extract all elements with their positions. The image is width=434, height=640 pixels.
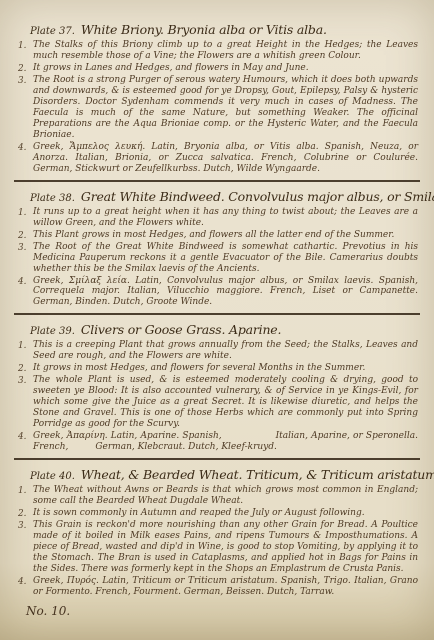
list-item: 1. The Stalks of this Briony climb up to… xyxy=(18,40,418,62)
list-item: 4. Greek, Ἀπαρίνη. Latin, Aparine. Spani… xyxy=(18,431,418,453)
list-item: 3. The whole Plant is used, & is esteeme… xyxy=(18,375,418,430)
item-text: This Grain is reckon'd more nourishing t… xyxy=(33,520,418,575)
list-item: 2. It is sown commonly in Autumn and rea… xyxy=(18,508,418,519)
list-item: 1. This is a creeping Plant that grows a… xyxy=(18,340,418,362)
list-item: 2. This Plant grows in most Hedges, and … xyxy=(18,230,418,241)
item-text: Greek, Ἄμπελος λευκή. Latin, Bryonia alb… xyxy=(33,142,418,175)
plate-number: Plate 38. xyxy=(30,193,75,204)
item-list: 1. It runs up to a great height when it … xyxy=(18,207,418,309)
item-number: 3. xyxy=(18,75,33,141)
item-list: 1. This is a creeping Plant that grows a… xyxy=(18,340,418,453)
list-item: 4. Greek, Πυρός. Latin, Triticum or Trit… xyxy=(18,576,418,598)
item-text: Greek, Ἀπαρίνη. Latin, Aparine. Spanish,… xyxy=(33,431,418,453)
section-title: Clivers or Goose Grass. Aparine. xyxy=(81,322,281,337)
list-item: 3. The Root of the Great White Bindweed … xyxy=(18,242,418,275)
item-number: 2. xyxy=(18,508,33,519)
item-number: 1. xyxy=(18,485,33,507)
item-number: 2. xyxy=(18,363,33,374)
list-item: 1. The Wheat without Awns or Beards is t… xyxy=(18,485,418,507)
list-item: 3. This Grain is reckon'd more nourishin… xyxy=(18,520,418,575)
item-text: This is a creeping Plant that grows annu… xyxy=(33,340,418,362)
section-divider xyxy=(14,180,420,182)
item-text: The whole Plant is used, & is esteemed m… xyxy=(33,375,418,430)
herbal-index-page: Plate 37. White Briony. Bryonia alba or … xyxy=(0,0,434,640)
item-number: 3. xyxy=(18,375,33,430)
item-text: It grows in most Hedges, and flowers for… xyxy=(33,363,418,374)
item-number: 3. xyxy=(18,520,33,575)
list-item: 4. Greek, Ἄμπελος λευκή. Latin, Bryonia … xyxy=(18,142,418,175)
item-text: This Plant grows in most Hedges, and flo… xyxy=(33,230,418,241)
item-number: 4. xyxy=(18,276,33,309)
section-divider xyxy=(14,313,420,315)
item-number: 4. xyxy=(18,142,33,175)
item-number: 3. xyxy=(18,242,33,275)
section-plate-40: Plate 40. Wheat, & Bearded Wheat. Tritic… xyxy=(18,467,418,598)
list-item: 1. It runs up to a great height when it … xyxy=(18,207,418,229)
section-title: Great White Bindweed. Convolvulus major … xyxy=(81,189,434,204)
item-number: 2. xyxy=(18,63,33,74)
section-divider xyxy=(14,458,420,460)
list-item: 2. It grows in Lanes and Hedges, and flo… xyxy=(18,63,418,74)
item-number: 4. xyxy=(18,431,33,453)
plate-number: Plate 39. xyxy=(30,326,75,337)
item-text: It grows in Lanes and Hedges, and flower… xyxy=(33,63,418,74)
item-number: 2. xyxy=(18,230,33,241)
item-text: The Wheat without Awns or Beards is that… xyxy=(33,485,418,507)
item-number: 1. xyxy=(18,340,33,362)
item-text: Greek, Σμίλαξ λεία. Latin, Convolvulus m… xyxy=(33,276,418,309)
section-plate-39: Plate 39. Clivers or Goose Grass. Aparin… xyxy=(18,322,418,453)
section-header: Plate 38. Great White Bindweed. Convolvu… xyxy=(30,189,418,204)
item-text: It runs up to a great height when it has… xyxy=(33,207,418,229)
section-header: Plate 37. White Briony. Bryonia alba or … xyxy=(30,22,418,37)
section-header: Plate 39. Clivers or Goose Grass. Aparin… xyxy=(30,322,418,337)
list-item: 4. Greek, Σμίλαξ λεία. Latin, Convolvulu… xyxy=(18,276,418,309)
section-plate-38: Plate 38. Great White Bindweed. Convolvu… xyxy=(18,189,418,309)
item-text: The Root of the Great White Bindweed is … xyxy=(33,242,418,275)
section-title: White Briony. Bryonia alba or Vitis alba… xyxy=(81,22,327,37)
page-number: No. 10. xyxy=(26,604,418,618)
section-title: Wheat, & Bearded Wheat. Triticum, & Trit… xyxy=(81,467,434,482)
item-text: Greek, Πυρός. Latin, Triticum or Triticu… xyxy=(33,576,418,598)
plate-number: Plate 37. xyxy=(30,26,75,37)
item-text: It is sown commonly in Autumn and reaped… xyxy=(33,508,418,519)
item-text: The Root is a strong Purger of serous wa… xyxy=(33,75,418,141)
item-number: 4. xyxy=(18,576,33,598)
section-plate-37: Plate 37. White Briony. Bryonia alba or … xyxy=(18,22,418,175)
item-list: 1. The Stalks of this Briony climb up to… xyxy=(18,40,418,175)
list-item: 3. The Root is a strong Purger of serous… xyxy=(18,75,418,141)
section-header: Plate 40. Wheat, & Bearded Wheat. Tritic… xyxy=(30,467,418,482)
item-number: 1. xyxy=(18,40,33,62)
list-item: 2. It grows in most Hedges, and flowers … xyxy=(18,363,418,374)
item-number: 1. xyxy=(18,207,33,229)
plate-number: Plate 40. xyxy=(30,471,75,482)
item-text: The Stalks of this Briony climb up to a … xyxy=(33,40,418,62)
item-list: 1. The Wheat without Awns or Beards is t… xyxy=(18,485,418,598)
